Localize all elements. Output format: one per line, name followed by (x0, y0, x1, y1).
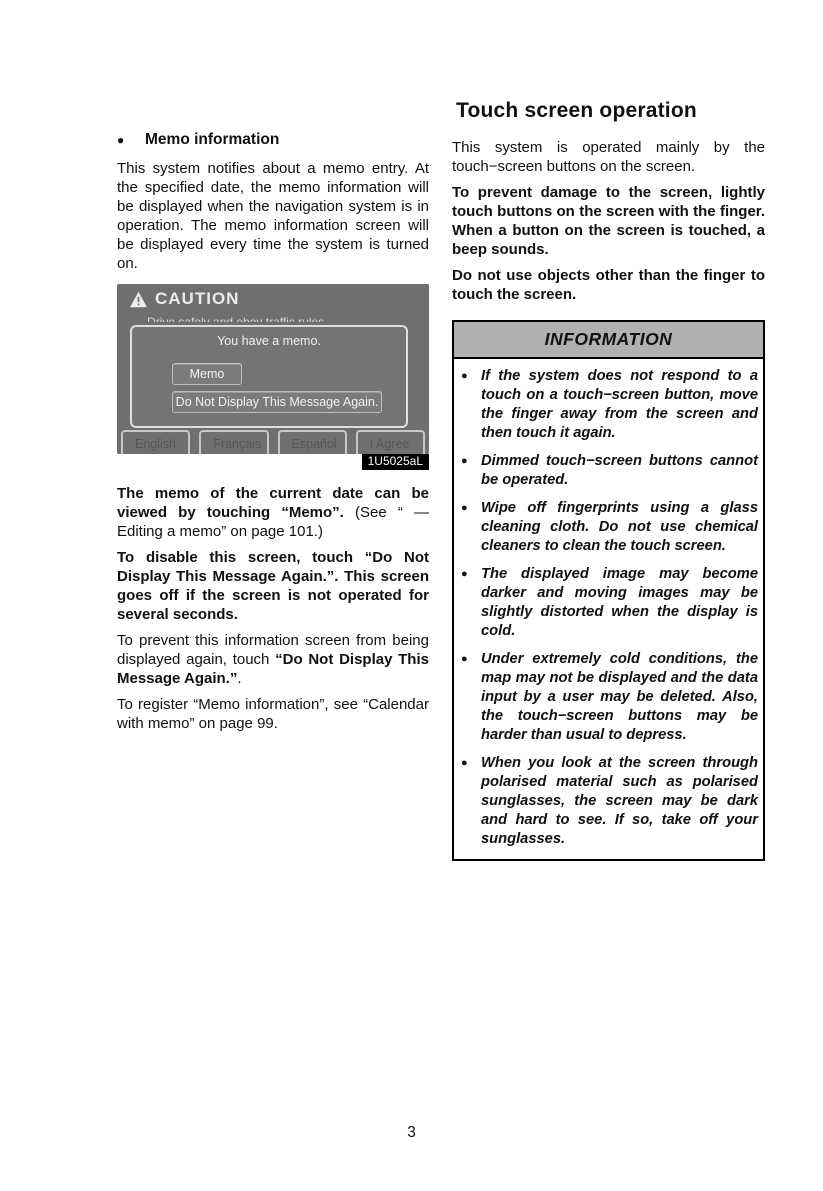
espanol-button: Español (278, 430, 347, 454)
dialog-message: You have a memo. (132, 334, 406, 348)
bullet-icon (117, 131, 145, 149)
language-button-row: English Français Español I Agree (117, 430, 429, 454)
left-column: Memo information This system notifies ab… (117, 131, 429, 740)
register-memo-paragraph: To register “Memo information”, see “Cal… (117, 695, 429, 733)
memo-heading-label: Memo information (145, 131, 279, 149)
information-box-header: INFORMATION (454, 322, 763, 359)
page-title: Touch screen operation (456, 99, 765, 123)
caution-header: CAUTION (129, 289, 239, 309)
info-bullet-cold-display: The displayed image may become darker an… (460, 565, 758, 641)
info-bullet-extreme-cold: Under extremely cold conditions, the map… (460, 650, 758, 745)
right-column: Touch screen operation This system is op… (452, 99, 765, 861)
info-bullet-dimmed: Dimmed touch−screen buttons cannot be op… (460, 452, 758, 490)
page-number: 3 (0, 1124, 823, 1142)
do-not-display-again-button: Do Not Display This Message Again. (172, 391, 382, 413)
information-bullet-list: If the system does not respond to a touc… (454, 359, 763, 859)
no-objects-paragraph: Do not use objects other than the finger… (452, 266, 765, 304)
prevent-damage-paragraph: To prevent damage to the screen, lightly… (452, 183, 765, 259)
occluded-background-text: Drive safely and obey traffic rules. (147, 315, 377, 322)
caution-title: CAUTION (155, 289, 239, 309)
figure-label-row: 1U5025aL (117, 454, 429, 470)
info-bullet-respond: If the system does not respond to a touc… (460, 367, 758, 443)
memo-intro-paragraph: This system notifies about a memo entry.… (117, 159, 429, 273)
disable-screen-paragraph: To disable this screen, touch “Do Not Di… (117, 548, 429, 624)
prevent-screen-period: . (237, 670, 241, 687)
figure-code-label: 1U5025aL (362, 454, 429, 470)
caution-screen-figure: CAUTION Drive safely and obey traffic ru… (117, 284, 429, 454)
memo-button: Memo (172, 363, 242, 385)
memo-view-paragraph: The memo of the current date can be view… (117, 484, 429, 541)
touch-screen-intro-paragraph: This system is operated mainly by the to… (452, 138, 765, 176)
francais-button: Français (199, 430, 268, 454)
warning-triangle-icon (129, 291, 148, 308)
information-box: INFORMATION If the system does not respo… (452, 320, 765, 861)
info-bullet-fingerprints: Wipe off fingerprints using a glass clea… (460, 499, 758, 556)
memo-information-heading: Memo information (117, 131, 429, 149)
info-bullet-polarised: When you look at the screen through pola… (460, 754, 758, 849)
english-button: English (121, 430, 190, 454)
memo-dialog: You have a memo. Memo Do Not Display Thi… (130, 325, 408, 428)
i-agree-button: I Agree (356, 430, 425, 454)
prevent-screen-paragraph: To prevent this information screen from … (117, 631, 429, 688)
